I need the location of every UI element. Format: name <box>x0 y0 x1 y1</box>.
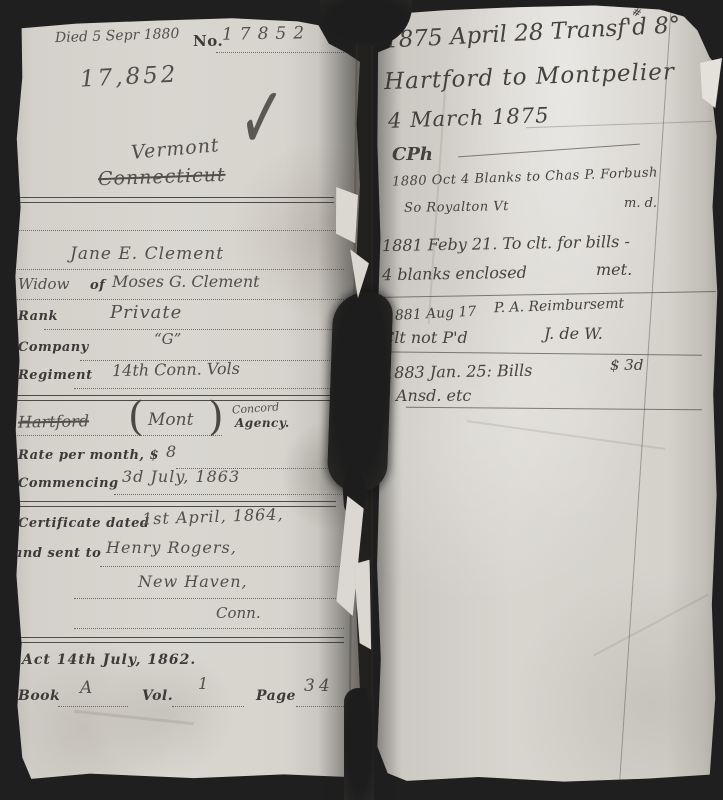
rank-label: Rank <box>18 309 58 324</box>
sent-to-state: Conn. <box>216 604 261 622</box>
page-value: 34 <box>304 676 334 696</box>
dotted-line <box>14 269 344 270</box>
page-right: # 1875 April 28 Transf'd 8° Hartford to … <box>376 4 718 784</box>
crease <box>74 710 194 726</box>
torn-hole <box>344 688 374 800</box>
double-rule <box>14 637 344 643</box>
ledger-entry-line: Hartford to Montpelier <box>384 59 676 95</box>
book-value: A <box>80 678 92 698</box>
file-number: 17,852 <box>79 61 179 92</box>
dotted-line <box>296 706 348 707</box>
dotted-line <box>44 329 344 330</box>
commencing-value: 3d July, 1863 <box>122 467 240 486</box>
sent-to-name: Henry Rogers, <box>106 538 237 557</box>
page-label: Page <box>256 688 296 704</box>
claimant-name: Jane E. Clement <box>70 244 224 264</box>
state-current: Vermont <box>130 134 220 164</box>
page-left: Died 5 Sepr 1880 No. 17852 17,852 ✓ Verm… <box>14 16 360 782</box>
ledger-entry-line: 1880 Oct 4 Blanks to Chas P. Forbush <box>392 165 658 189</box>
torn-hole <box>327 291 394 493</box>
dotted-line <box>14 230 344 231</box>
regiment-label: Regiment <box>18 368 93 383</box>
rate-value: 8 <box>166 442 176 461</box>
double-rule <box>16 197 334 203</box>
ledger-entry-line: 1883 Jan. 25: Bills <box>384 361 533 383</box>
crease <box>593 594 709 657</box>
agency-previous-struck: Hartford <box>18 411 89 431</box>
relation-label: Widow <box>18 275 69 293</box>
ruled-line <box>376 291 716 298</box>
dotted-line <box>58 706 128 707</box>
ledger-entry-line: 4 blanks enclosed <box>382 263 527 285</box>
dotted-line <box>74 628 344 629</box>
ledger-entry-clerk-initials: met. <box>596 260 632 279</box>
ledger-entry-line: Ansd. etc <box>396 386 471 405</box>
agency-transfer: Mont <box>148 410 193 430</box>
ledger-entry-clerk-initials: m. d. <box>624 196 657 211</box>
dotted-line <box>14 435 222 436</box>
ledger-entry-line: P. A. Reimbursemt <box>494 296 625 317</box>
ledger-entry-line: 1875 April 28 Transf'd 8° <box>384 12 681 53</box>
of-label: of <box>90 278 105 293</box>
certificate-value: 1st April, 1864, <box>142 505 284 529</box>
certificate-label: Certificate dated <box>18 516 149 531</box>
double-rule <box>14 395 336 401</box>
ledger-entry-line: 1881 Feby 21. To clt. for bills - <box>382 232 630 255</box>
rank-value: Private <box>110 302 182 323</box>
ledger-entry-amount: $ 3d <box>610 356 643 374</box>
book-label: Book <box>18 688 60 704</box>
ruled-line <box>526 121 712 129</box>
ruled-line <box>376 351 702 356</box>
act-note: Act 14th July, 1862. <box>22 652 196 668</box>
state-previous-struck: Connecticut <box>98 164 226 190</box>
paren-close: ) <box>208 394 224 440</box>
sent-to-label: and sent to <box>14 546 101 561</box>
case-no-value: 17852 <box>222 23 311 45</box>
checkmark-icon: ✓ <box>238 64 286 172</box>
vol-value: 1 <box>198 674 208 693</box>
crease <box>467 420 665 450</box>
vol-label: Vol. <box>142 688 173 704</box>
dotted-line <box>172 706 244 707</box>
company-value: “G” <box>154 330 181 348</box>
ruled-line <box>406 407 702 411</box>
ledger-entry-line: CPh <box>392 144 433 165</box>
regiment-value: 14th Conn. Vols <box>112 359 240 380</box>
flourish-line <box>458 144 640 158</box>
scanned-pension-record: Died 5 Sepr 1880 No. 17852 17,852 ✓ Verm… <box>0 0 723 800</box>
ledger-entry-clerk-initials: J. de W. <box>544 324 603 343</box>
dotted-line <box>14 299 344 300</box>
ledger-entry-line: So Royalton Vt <box>404 199 509 216</box>
double-rule <box>14 501 336 507</box>
dotted-line <box>74 598 344 599</box>
dotted-line <box>74 388 344 389</box>
column-rule <box>619 5 672 781</box>
agency-current: Concord <box>232 400 280 416</box>
dotted-line <box>216 52 348 53</box>
company-label: Company <box>18 340 89 355</box>
died-note: Died 5 Sepr 1880 <box>55 26 180 46</box>
sent-to-city: New Haven, <box>138 572 248 591</box>
dotted-line <box>100 566 344 567</box>
rate-label: Rate per month, $ <box>18 448 159 463</box>
case-no-label: No. <box>193 32 223 50</box>
soldier-name: Moses G. Clement <box>112 272 260 291</box>
paren-open: ( <box>128 394 144 440</box>
ledger-entry-line: Clt not P'd <box>382 328 468 347</box>
dotted-line <box>114 494 344 495</box>
agency-label: Agency. <box>235 416 290 430</box>
commencing-label: Commencing <box>18 476 119 491</box>
ledger-entry-line: 1881 Aug 17 <box>386 304 477 325</box>
